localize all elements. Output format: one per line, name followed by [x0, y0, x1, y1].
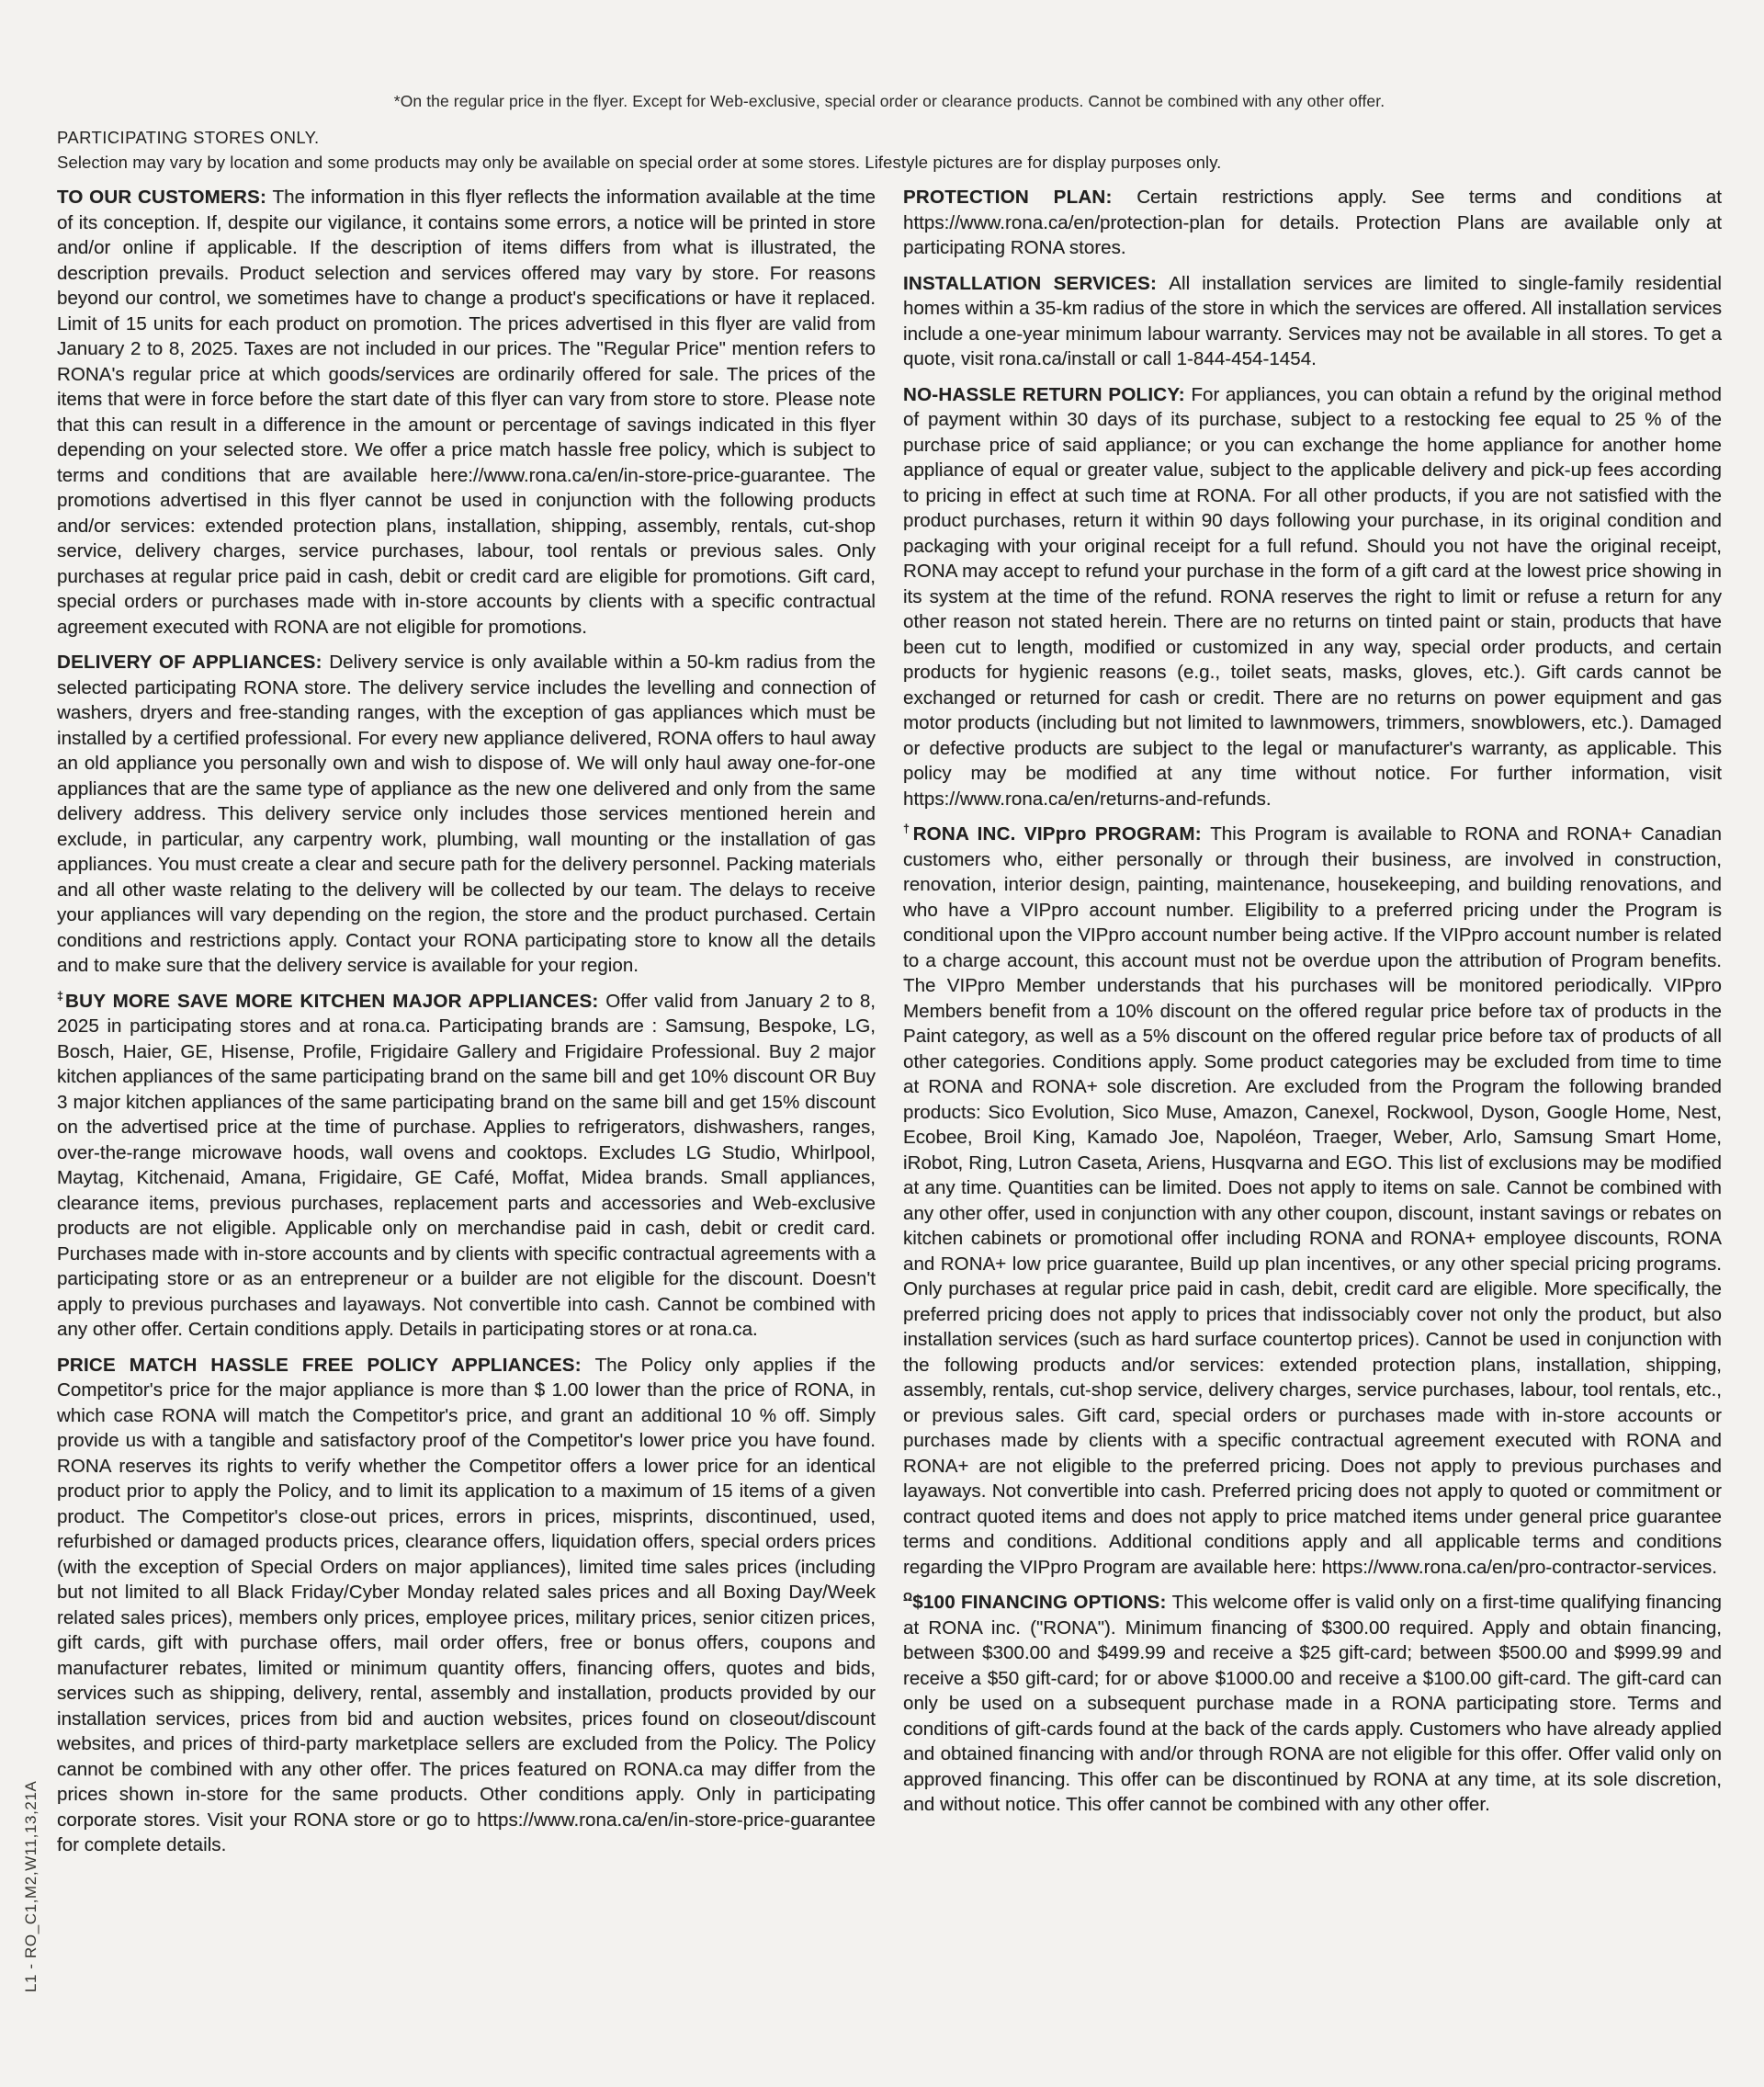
paragraph-heading: INSTALLATION SERVICES:	[903, 273, 1169, 294]
two-column-text: TO OUR CUSTOMERS: The information in thi…	[57, 185, 1722, 1868]
policy-paragraph-rona-vippro-program: †RONA INC. VIPpro PROGRAM: This Program …	[903, 822, 1722, 1580]
paragraph-heading: DELIVERY OF APPLIANCES:	[57, 652, 329, 673]
left-column: TO OUR CUSTOMERS: The information in thi…	[57, 185, 876, 1868]
policy-paragraph-protection-plan: PROTECTION PLAN: Certain restrictions ap…	[903, 185, 1722, 261]
policy-paragraph-no-hassle-return-policy: NO-HASSLE RETURN POLICY: For appliances,…	[903, 382, 1722, 812]
policy-paragraph-delivery-of-appliances: DELIVERY OF APPLIANCES: Delivery service…	[57, 650, 876, 979]
paragraph-heading: PROTECTION PLAN:	[903, 187, 1136, 208]
paragraph-heading: ‡BUY MORE SAVE MORE KITCHEN MAJOR APPLIA…	[57, 991, 605, 1012]
paragraph-heading: TO OUR CUSTOMERS:	[57, 187, 273, 208]
policy-paragraph-financing-options: Ω$100 FINANCING OPTIONS: This welcome of…	[903, 1590, 1722, 1818]
flyer-legal-page: *On the regular price in the flyer. Exce…	[0, 0, 1764, 2087]
policy-paragraph-installation-services: INSTALLATION SERVICES: All installation …	[903, 271, 1722, 372]
paragraph-heading: Ω$100 FINANCING OPTIONS:	[903, 1592, 1172, 1613]
page-content: *On the regular price in the flyer. Exce…	[0, 0, 1764, 1868]
selection-disclaimer-line: Selection may vary by location and some …	[57, 153, 1722, 173]
paragraph-heading: †RONA INC. VIPpro PROGRAM:	[903, 823, 1210, 845]
paragraph-heading: PRICE MATCH HASSLE FREE POLICY APPLIANCE…	[57, 1355, 595, 1376]
policy-paragraph-price-match-hassle-free: PRICE MATCH HASSLE FREE POLICY APPLIANCE…	[57, 1353, 876, 1858]
participating-stores-line: PARTICIPATING STORES ONLY.	[57, 128, 1722, 148]
footnote-symbol: †	[903, 822, 913, 835]
paragraph-heading: NO-HASSLE RETURN POLICY:	[903, 384, 1191, 405]
regular-price-footnote: *On the regular price in the flyer. Exce…	[57, 92, 1722, 111]
print-plate-code: L1 - RO_C1,M2,W11,13,21A	[22, 1781, 40, 1992]
footnote-symbol: Ω	[903, 1591, 912, 1604]
footnote-symbol: ‡	[57, 990, 65, 1003]
right-column: PROTECTION PLAN: Certain restrictions ap…	[903, 185, 1722, 1828]
policy-paragraph-buy-more-save-more: ‡BUY MORE SAVE MORE KITCHEN MAJOR APPLIA…	[57, 989, 876, 1343]
policy-paragraph-to-our-customers: TO OUR CUSTOMERS: The information in thi…	[57, 185, 876, 640]
